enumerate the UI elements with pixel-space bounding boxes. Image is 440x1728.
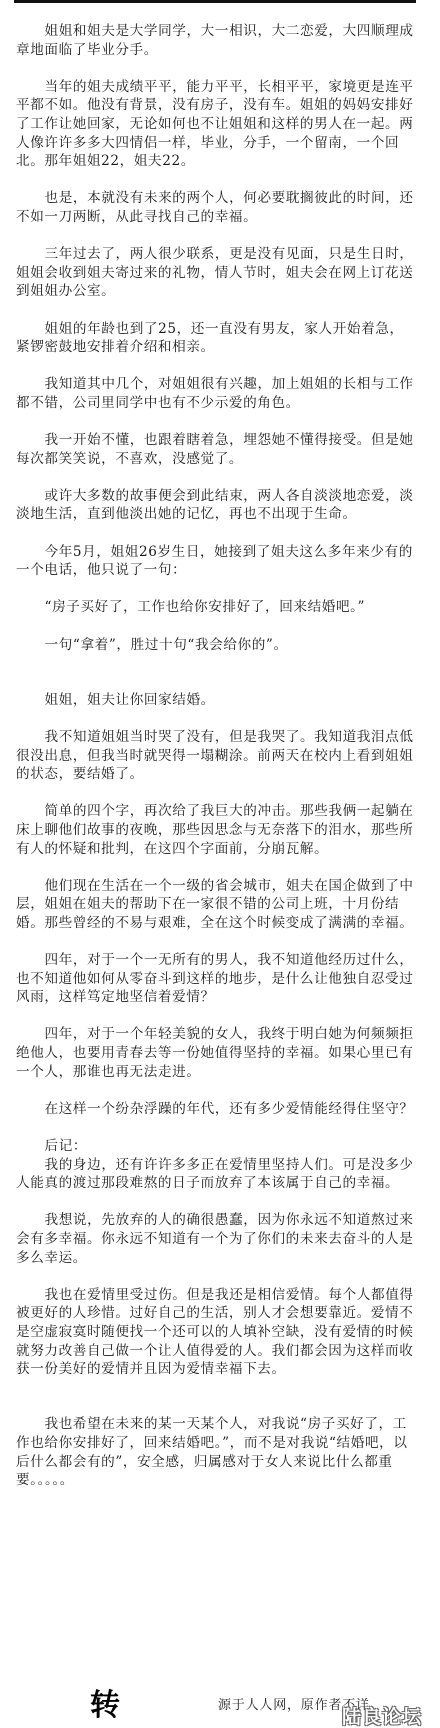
paragraph: 三年过去了，两人很少联系，更是没有见面，只是生日时，姐姐会收到姐夫寄过来的礼物，…: [16, 245, 414, 301]
paragraph: 今年5月，姐姐26岁生日，她接到了姐夫这么多年来少有的一个电话，他只说了一句：: [16, 543, 414, 580]
paragraph: 一句“拿着”，胜过十句“我会给你的”。: [16, 636, 414, 655]
paragraph: 我的身边，还有许许多多正在爱情里坚持人们。可是没多少人能真的渡过那段难熬的日子而…: [16, 1156, 414, 1193]
spacer: [16, 1397, 414, 1415]
quote-paragraph: “房子买好了，工作也给你安排好了，回来结婚吧。”: [16, 598, 414, 617]
footer: 转 源于人人网，原作者不详 陆良论坛: [0, 1672, 440, 1728]
paragraph: 我也希望在未来的某一天某个人，对我说“房子买好了，工作也给你安排好了，回来结婚吧…: [16, 1415, 414, 1489]
paragraph: 我一开始不懂，也跟着瞎着急，埋怨她不懂得接受。但是她每次都笑笑说，不喜欢，没感觉…: [16, 431, 414, 468]
repost-mark: 转: [90, 1680, 120, 1724]
paragraph: 姐姐，姐夫让你回家结婚。: [16, 691, 414, 710]
top-border: [14, 0, 416, 3]
paragraph: 简单的四个字，再次给了我巨大的冲击。那些我俩一起躺在床上聊他们故事的夜晚，那些因…: [16, 802, 414, 858]
paragraph: 当年的姐夫成绩平平，能力平平，长相平平，家境更是连平平都不如。他没有背景，没有房…: [16, 78, 414, 171]
paragraph: 四年，对于一个年轻美貌的女人，我终于明白她为何频频拒绝他人，也要用青春去等一份她…: [16, 1025, 414, 1081]
postscript-heading: 后记：: [16, 1137, 414, 1156]
paragraph: 我想说，先放弃的人的确很愚蠢，因为你永远不知道熬过来会有多幸福。你永远不知道有一…: [16, 1211, 414, 1267]
forum-watermark: 陆良论坛: [342, 1702, 422, 1728]
paragraph: 他们现在生活在一个一级的省会城市，姐夫在国企做到了中层，姐姐在姐夫的帮助下在一家…: [16, 877, 414, 933]
paragraph: 姐姐的年龄也到了25，还一直没有男友，家人开始着急，紧锣密鼓地安排着介绍和相亲。: [16, 320, 414, 357]
paragraph: 四年，对于一个一无所有的男人，我不知道他经历过什么，也不知道他如何从零奋斗到这样…: [16, 951, 414, 1007]
paragraph: 姐姐和姐夫是大学同学，大一相识，大二恋爱，大四顺理成章地面临了毕业分手。: [16, 22, 414, 59]
paragraph: 我也在爱情里受过伤。但是我还是相信爱情。每个人都值得被更好的人珍惜。过好自己的生…: [16, 1286, 414, 1379]
article-body: 姐姐和姐夫是大学同学，大一相识，大二恋爱，大四顺理成章地面临了毕业分手。 当年的…: [16, 22, 414, 1508]
paragraph: 我不知道姐姐当时哭了没有，但是我哭了。我知道我泪点低很没出息，但我当时就哭得一塌…: [16, 728, 414, 784]
paragraph: 在这样一个纷杂浮躁的年代，还有多少爱情能经得住坚守？: [16, 1100, 414, 1119]
paragraph: 或许大多数的故事便会到此结束，两人各自淡淡地恋爱，淡淡地生活，直到他淡出她的记忆…: [16, 487, 414, 524]
paragraph: 我知道其中几个，对姐姐很有兴趣，加上姐姐的长相与工作都不错，公司里同学中也有不少…: [16, 375, 414, 412]
paragraph: 也是，本就没有未来的两个人，何必要耽搁彼此的时间，还不如一刀两断，从此寻找自己的…: [16, 189, 414, 226]
spacer: [16, 673, 414, 691]
